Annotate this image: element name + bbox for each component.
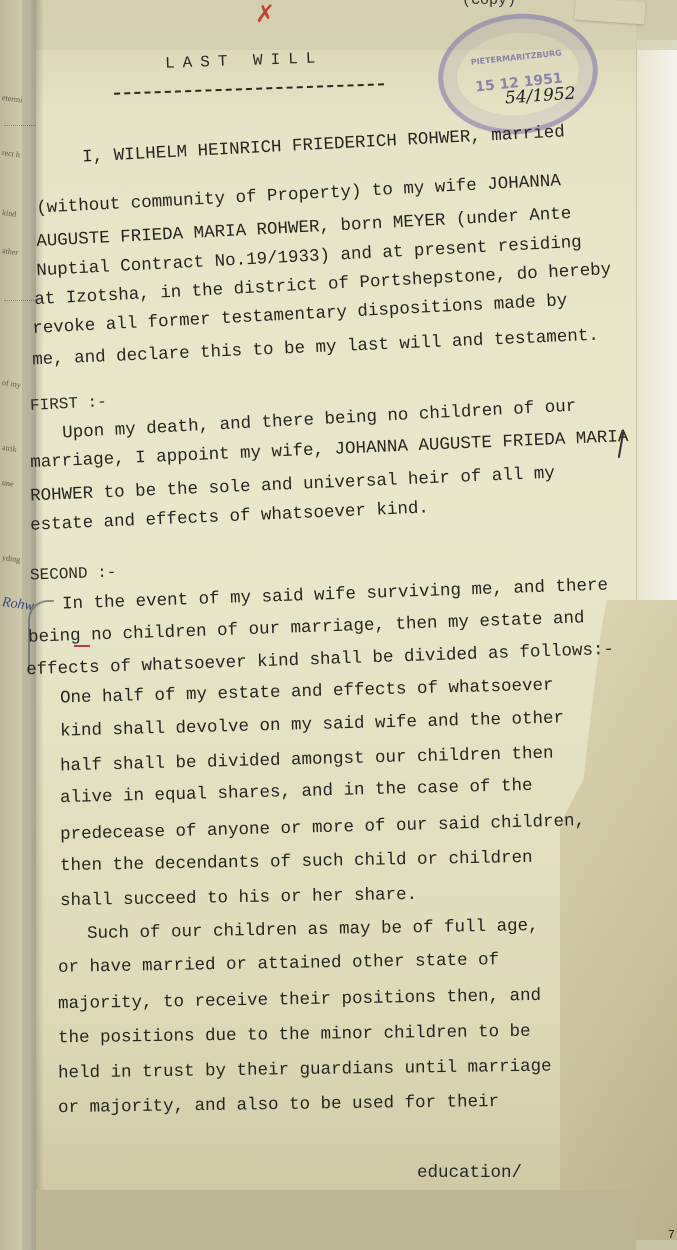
copy-label: (Copy) [462, 0, 516, 9]
red-underline [74, 645, 90, 647]
stamp-place: PIETERMARITZBURG [441, 45, 591, 70]
page-bottom-shadow [36, 1190, 636, 1250]
section-heading-second: SECOND :- [30, 563, 117, 584]
red-check-mark-icon: ✗ [255, 0, 275, 28]
catchword: education/ [417, 1163, 522, 1183]
page-number: 7 [668, 1228, 675, 1242]
